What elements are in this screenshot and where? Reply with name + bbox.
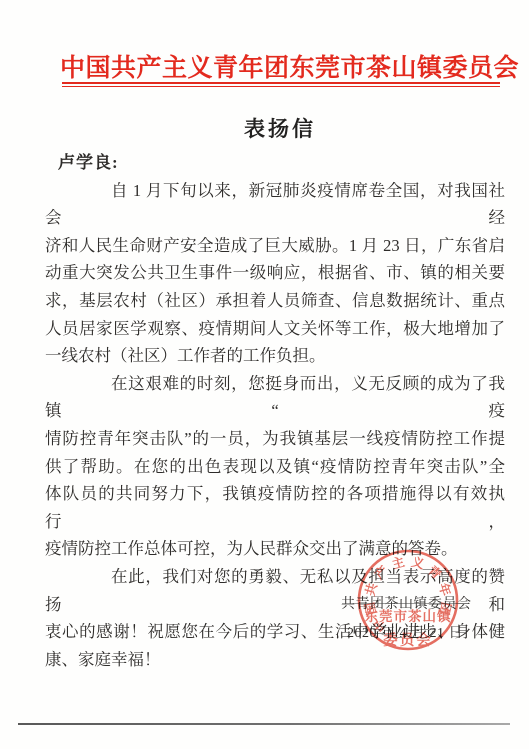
seal-ring-char: 年 [436,581,454,598]
seal-ring-char: 主 [390,554,406,572]
body-line: 人员居家医学观察、疫情期间人文关怀等工作，极大地增加了 [45,315,505,343]
official-red-seal: 中 国 共 产 主 义 青 年 团 东莞市茶山镇 委员会 [328,520,488,680]
body-line: 自 1 月下旬以来，新冠肺炎疫情席卷全国，对我国社会经 [45,177,505,232]
seal-ring-char: 共 [362,581,380,598]
salutation: 卢学良: [45,149,518,177]
body-line: 求，基层农村（社区）承担着人员筛查、信息数据统计、重点 [45,287,505,315]
scan-bottom-edge [18,723,510,725]
seal-ring-char: 义 [410,554,426,572]
letterhead-double-rule [62,82,500,87]
seal-center-line2: 委员会 [383,631,433,649]
body-line: 一线农村（社区）工作者的工作负担。 [45,342,505,370]
seal-center-line1: 东莞市茶山镇 [365,608,452,624]
body-line: 济和人民生命财产安全造成了巨大威胁。1 月 23 日，广东省启 [45,232,505,260]
body-line: 供了帮助。在您的出色表现以及镇“疫情防控青年突击队”全 [45,453,505,481]
body-line: 情防控青年突击队”的一员，为我镇基层一线疫情防控工作提 [45,425,505,453]
body-line: 在这艰难的时刻，您挺身而出，义无反顾的成为了我镇“疫 [45,370,505,425]
body-line: 动重大突发公共卫生事件一级响应，根据省、市、镇的相关要 [45,259,505,287]
org-title: 中国共产主义青年团东莞市茶山镇委员会 [60,48,500,84]
scanned-letter-page: 中国共产主义青年团东莞市茶山镇委员会 表扬信 卢学良: 自 1 月下旬以来，新冠… [0,0,529,749]
letter-title: 表扬信 [60,113,500,143]
